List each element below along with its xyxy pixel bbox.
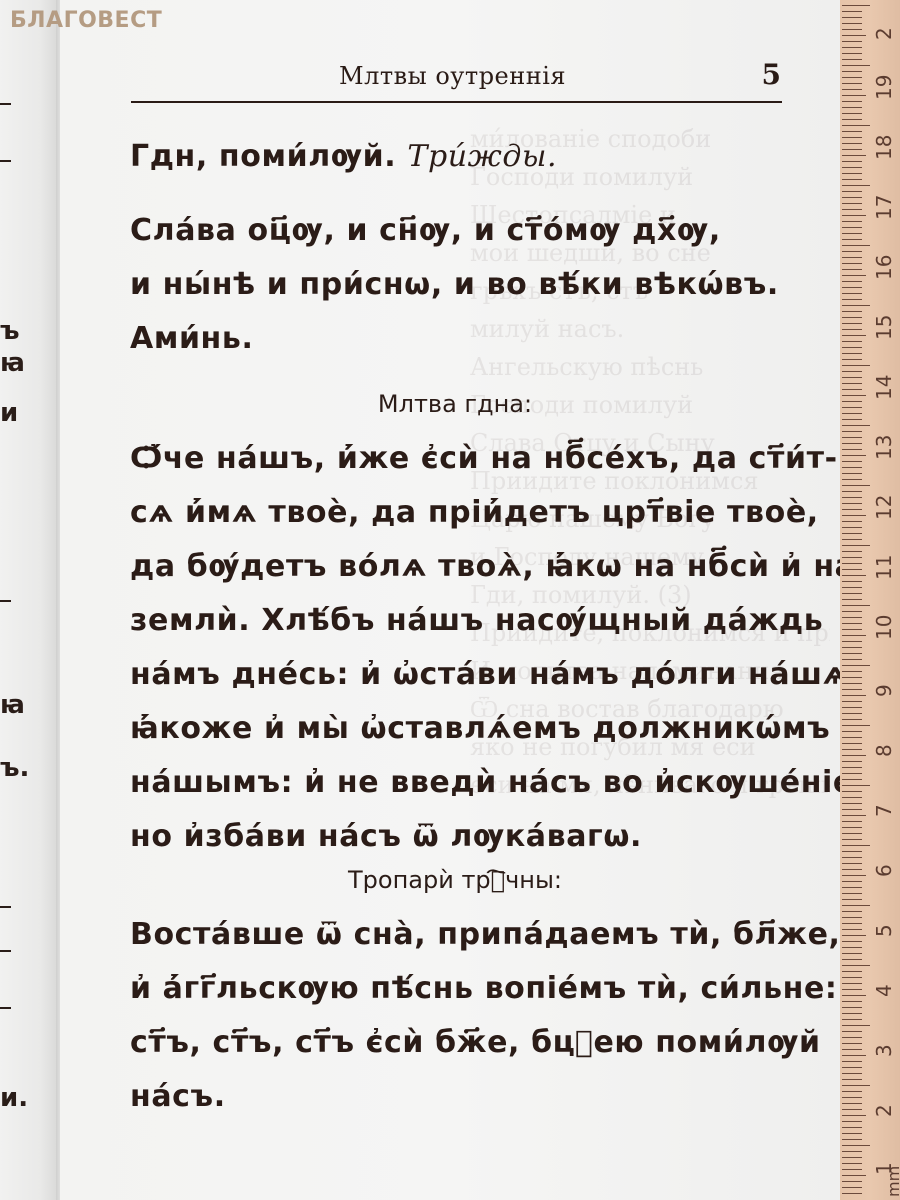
ruler-tick [842,29,862,30]
ruler-tick [842,1187,862,1188]
ruler-tick [842,533,862,534]
running-head: Млтвы оутреннія 5 [131,58,781,98]
ruler-tick [842,1025,870,1026]
ruler-tick [842,35,866,36]
troparion-line: Воста́вше ѿ снà, припа́даемъ тѝ, бл҃же, [130,908,790,962]
ruler-number: 2 [872,27,896,40]
ruler-number: 19 [872,75,896,100]
ruler-tick [842,1121,862,1122]
ruler-tick [842,653,862,654]
ruler-tick [842,173,862,174]
ruler-tick [842,215,866,216]
ruler-tick [842,1085,870,1086]
ruler-tick [842,839,862,840]
ruler-number: 3 [872,1044,896,1057]
ruler-tick [842,1067,862,1068]
ruler-tick [842,1193,862,1194]
ruler-tick [842,233,862,234]
left-page-rule [0,950,11,952]
ruler-tick [842,449,862,450]
ruler-tick [842,359,862,360]
left-page-rule [0,600,11,602]
prayer-line: сѧ и҆́мѧ твоѐ, да прі­и҆́детъ црт҃віе тв… [130,486,790,540]
ruler-tick [842,845,870,846]
ruler-tick [842,503,862,504]
ruler-tick [842,959,862,960]
adjacent-left-page: ъ ꙗ и ꙗ ъ. и. [0,0,58,1200]
ruler-tick [842,557,862,558]
ruler-tick [842,623,862,624]
ruler-number: 6 [872,864,896,877]
ruler-number: 16 [872,255,896,280]
ruler-tick [842,881,862,882]
prayer-line: да бѹ́детъ во́лѧ твоѧ̀, ꙗ҆́кѡ на нб҃сѝ и… [130,540,790,594]
ruler-tick [842,893,862,894]
ruler-tick [842,701,862,702]
ruler-tick [842,107,862,108]
ruler-tick [842,983,862,984]
gloria-line: и ны́нѣ и при́снѡ, и во вѣ́ки вѣкѡ́въ. [130,258,790,312]
ruler-number: 13 [872,435,896,460]
ruler-number: 15 [872,315,896,340]
ruler-tick [842,683,862,684]
ruler-tick [842,773,862,774]
ruler-tick [842,473,862,474]
ruler-tick [842,23,862,24]
ruler-tick [842,899,862,900]
ruler-tick [842,1097,862,1098]
ruler-tick [842,95,866,96]
ruler-tick [842,1127,862,1128]
ruler-tick [842,65,870,66]
ruler-tick [842,803,862,804]
ruler-tick [842,101,862,102]
ruler-tick [842,707,862,708]
ruler-tick [842,1079,862,1080]
ruler-tick [842,53,862,54]
ruler-tick [842,797,862,798]
ruler-tick [842,287,862,288]
ruler-tick [842,977,862,978]
ruler-tick [842,389,862,390]
troparion-line: на́съ. [130,1070,790,1124]
ruler-tick [842,17,862,18]
ruler-tick [842,41,862,42]
ruler-tick [842,953,862,954]
ruler-tick [842,605,870,606]
ruler-tick [842,947,862,948]
ruler-tick [842,875,866,876]
running-title: Млтвы оутреннія [339,62,566,90]
prayer-line: землѝ. Хлѣ́бъ на́шъ насѹ́щный да́ждь [130,594,790,648]
ruler-tick [842,383,862,384]
ruler-tick [842,323,862,324]
ruler-tick [842,1073,862,1074]
ruler-tick [842,917,862,918]
header-rule [131,101,782,103]
prayer-line: но и҆зба́ви на́съ ѿ лѹка́вагѡ. [130,810,790,864]
ruler-tick [842,749,862,750]
ruler-tick [842,941,862,942]
prayer-line: на́мъ дне́сь: и҆ ѡ҆ста́ви на́мъ до́лги н… [130,648,790,702]
ruler-number: 11 [872,555,896,580]
ruler-tick [842,437,862,438]
ruler-tick [842,71,862,72]
lords-prayer-paragraph: Ѻ҆́че на́шъ, и҆́же є҆сѝ на нб҃се́хъ, да … [130,432,790,864]
ruler-number: 12 [872,495,896,520]
ruler-tick [842,569,862,570]
ruler-tick [842,575,866,576]
ruler-tick [842,89,862,90]
ruler-tick [842,713,862,714]
ruler-tick [842,485,870,486]
ruler-tick [842,11,862,12]
troparion-line: и҆ а҆́гг҃льскѹю пѣ́снь вопіе́мъ тѝ, си́л… [130,962,790,1016]
ruler-tick [842,257,862,258]
ruler-tick [842,221,862,222]
ruler-tick [842,149,862,150]
ruler-tick [842,1157,862,1158]
ruler-tick [842,113,862,114]
gloria-line: Сла́ва оц҃ѹ, и сн҃ѹ, и ст҃о́мѹ дх҃ѹ, [130,204,790,258]
ruler-tick [842,371,862,372]
ruler-tick [842,1001,862,1002]
ruler-tick [842,377,862,378]
ruler-tick [842,863,862,864]
thrice-rubric: Три́жды. [407,139,557,174]
ruler-tick [842,731,862,732]
ruler-tick [842,617,862,618]
ruler-tick [842,365,870,366]
ruler-tick [842,1103,862,1104]
ruler-tick [842,1091,862,1092]
ruler-tick [842,923,862,924]
left-page-rule [0,906,11,908]
ruler-tick [842,131,862,132]
ruler-tick [842,539,862,540]
ruler-number: 1 [872,1162,896,1175]
ruler-tick [842,341,862,342]
ruler-tick [842,299,862,300]
ruler-tick [842,461,862,462]
ruler-tick [842,347,862,348]
ruler-tick [842,269,862,270]
ruler-number: 14 [872,375,896,400]
ruler-tick [842,251,862,252]
ruler-tick [842,401,862,402]
ruler-tick [842,1169,862,1170]
ruler-tick [842,761,862,762]
ruler-tick [842,821,862,822]
ruler-tick [842,719,862,720]
ruler-tick [842,293,862,294]
ruler-tick [842,785,870,786]
left-page-fragment: и [0,400,18,426]
ruler-tick [842,329,862,330]
ruler-tick [842,911,862,912]
ruler-number: 9 [872,684,896,697]
ruler-tick [842,305,870,306]
ruler-tick [842,395,866,396]
ruler-tick [842,593,862,594]
ruler-tick [842,209,862,210]
ruler-tick [842,995,866,996]
prayer-line: Ѻ҆́че на́шъ, и҆́же є҆сѝ на нб҃се́хъ, да … [130,432,790,486]
ruler-tick [842,191,862,192]
ruler-tick [842,1109,862,1110]
ruler-tick [842,689,862,690]
troparia-paragraph: Воста́вше ѿ снà, припа́даемъ тѝ, бл҃же, … [130,908,790,1124]
ruler-tick [842,431,862,432]
ruler-tick [842,545,870,546]
ruler-tick [842,725,870,726]
ruler-tick [842,179,862,180]
ruler-tick [842,245,870,246]
troparion-line: ст҃ъ, ст҃ъ, ст҃ъ є҆сѝ бж҃е, бцⷣею поми́л… [130,1016,790,1070]
ruler-tick [842,671,862,672]
ruler-tick [842,989,862,990]
ruler-number: 4 [872,984,896,997]
kyrie-text: Гдн, поми́лѹй. [130,139,396,174]
ruler-tick [842,317,862,318]
ruler-tick [842,311,862,312]
ruler-tick [842,1043,862,1044]
ruler-number: 8 [872,744,896,757]
ruler-number: 5 [872,924,896,937]
ruler-tick [842,857,862,858]
ruler-tick [842,647,862,648]
ruler-tick [842,1013,862,1014]
ruler-tick [842,1055,866,1056]
ruler-tick [842,641,862,642]
ruler-tick [842,629,862,630]
ruler-tick [842,413,862,414]
ruler-tick [842,965,870,966]
left-page-fragment: ꙗ [0,692,25,718]
ruler-number: 7 [872,804,896,817]
ruler-number: 2 [872,1104,896,1117]
ruler-tick [842,827,862,828]
ruler-tick [842,611,862,612]
ruler-tick [842,335,866,336]
ruler-tick [842,83,862,84]
ruler-tick [842,515,866,516]
ruler-tick [842,1115,866,1116]
ruler-tick [842,497,862,498]
ruler-tick [842,77,862,78]
ruler-tick [842,1007,862,1008]
ruler-tick [842,203,862,204]
ruler-tick [842,1139,862,1140]
ruler-tick [842,695,866,696]
ruler-tick [842,677,862,678]
ruler-tick [842,635,866,636]
watermark-logo: БЛАГОВЕСТ [10,8,162,33]
ruler-tick [842,737,862,738]
ruler-tick [842,851,862,852]
ruler-tick [842,119,862,120]
troparia-heading: Тропарѝ трⷪ҇чны: [130,866,780,894]
ruler-tick [842,791,862,792]
ruler-tick [842,239,862,240]
ruler-tick [842,1049,862,1050]
ruler-tick [842,665,870,666]
ruler-tick [842,419,862,420]
ruler-tick [842,227,862,228]
ruler-number: 10 [872,615,896,640]
ruler-tick [842,281,862,282]
ruler-tick [842,869,862,870]
ruler-tick [842,659,862,660]
ruler-tick [842,161,862,162]
trisagion-line: Гдн, поми́лѹй. Три́жды. [130,130,790,184]
ruler-tick [842,1181,862,1182]
ruler-tick [842,887,862,888]
ruler-tick [842,1175,866,1176]
ruler-tick [842,581,862,582]
ruler-tick [842,59,862,60]
ruler-tick [842,137,862,138]
left-page-fragment: ъ [0,318,20,344]
ruler-tick [842,467,862,468]
left-page-rule [0,1007,11,1009]
ruler-tick [842,809,862,810]
ruler-tick [842,1163,862,1164]
ruler-tick [842,143,862,144]
ruler-tick [842,755,866,756]
ruler-tick [842,353,862,354]
ruler-tick [842,263,862,264]
ruler-tick [842,1133,862,1134]
ruler-tick [842,905,870,906]
ruler-tick [842,5,870,6]
ruler-tick [842,275,866,276]
ruler-tick [842,407,862,408]
ruler-tick [842,521,862,522]
ruler-tick [842,935,866,936]
ruler-tick [842,185,870,186]
ruler-tick [842,1037,862,1038]
gloria-line: Ами́нь. [130,312,790,366]
ruler-tick [842,833,862,834]
gloria-paragraph: Сла́ва оц҃ѹ, и сн҃ѹ, и ст҃о́мѹ дх҃ѹ, и н… [130,204,790,366]
ruler-tick [842,815,866,816]
ruler-tick [842,563,862,564]
prayer-line: на́шымъ: и҆ не введѝ на́съ во и҆скѹше́ні… [130,756,790,810]
ruler-tick [842,1031,862,1032]
lords-prayer-heading: Млтва гдна: [130,390,780,418]
ruler-tick [842,743,862,744]
ruler-tick [842,971,862,972]
wooden-ruler: mm 1 2 3 4 5 6 7 8 9 10 11 12 13 14 15 1… [840,0,900,1200]
ruler-tick [842,929,862,930]
ruler-tick [842,1151,862,1152]
ruler-tick [842,443,862,444]
ruler-tick [842,509,862,510]
ruler-tick [842,1061,862,1062]
ruler-tick [842,587,862,588]
left-page-fragment: и. [0,1085,28,1111]
ruler-tick [842,551,862,552]
ruler-tick [842,47,862,48]
ruler-tick [842,767,862,768]
ruler-tick [842,167,862,168]
ruler-tick [842,491,862,492]
left-page-fragment: ꙗ [0,350,25,376]
ruler-tick [842,1145,870,1146]
ruler-tick [842,599,862,600]
ruler-tick [842,197,862,198]
ruler-tick [842,155,866,156]
page-number: 5 [762,58,781,91]
ruler-tick [842,425,870,426]
ruler-tick [842,479,862,480]
ruler-number: 17 [872,195,896,220]
ruler-tick [842,527,862,528]
left-page-rule [0,160,11,162]
ruler-tick [842,1019,862,1020]
ruler-tick [842,455,866,456]
ruler-tick [842,125,870,126]
ruler-tick [842,779,862,780]
prayer-line: ꙗ҆́коже и҆ мы̀ ѡ҆ставлѧ́емъ должникѡ́мъ [130,702,790,756]
left-page-rule [0,103,11,105]
left-page-fragment: ъ. [0,755,29,781]
ruler-number: 18 [872,135,896,160]
